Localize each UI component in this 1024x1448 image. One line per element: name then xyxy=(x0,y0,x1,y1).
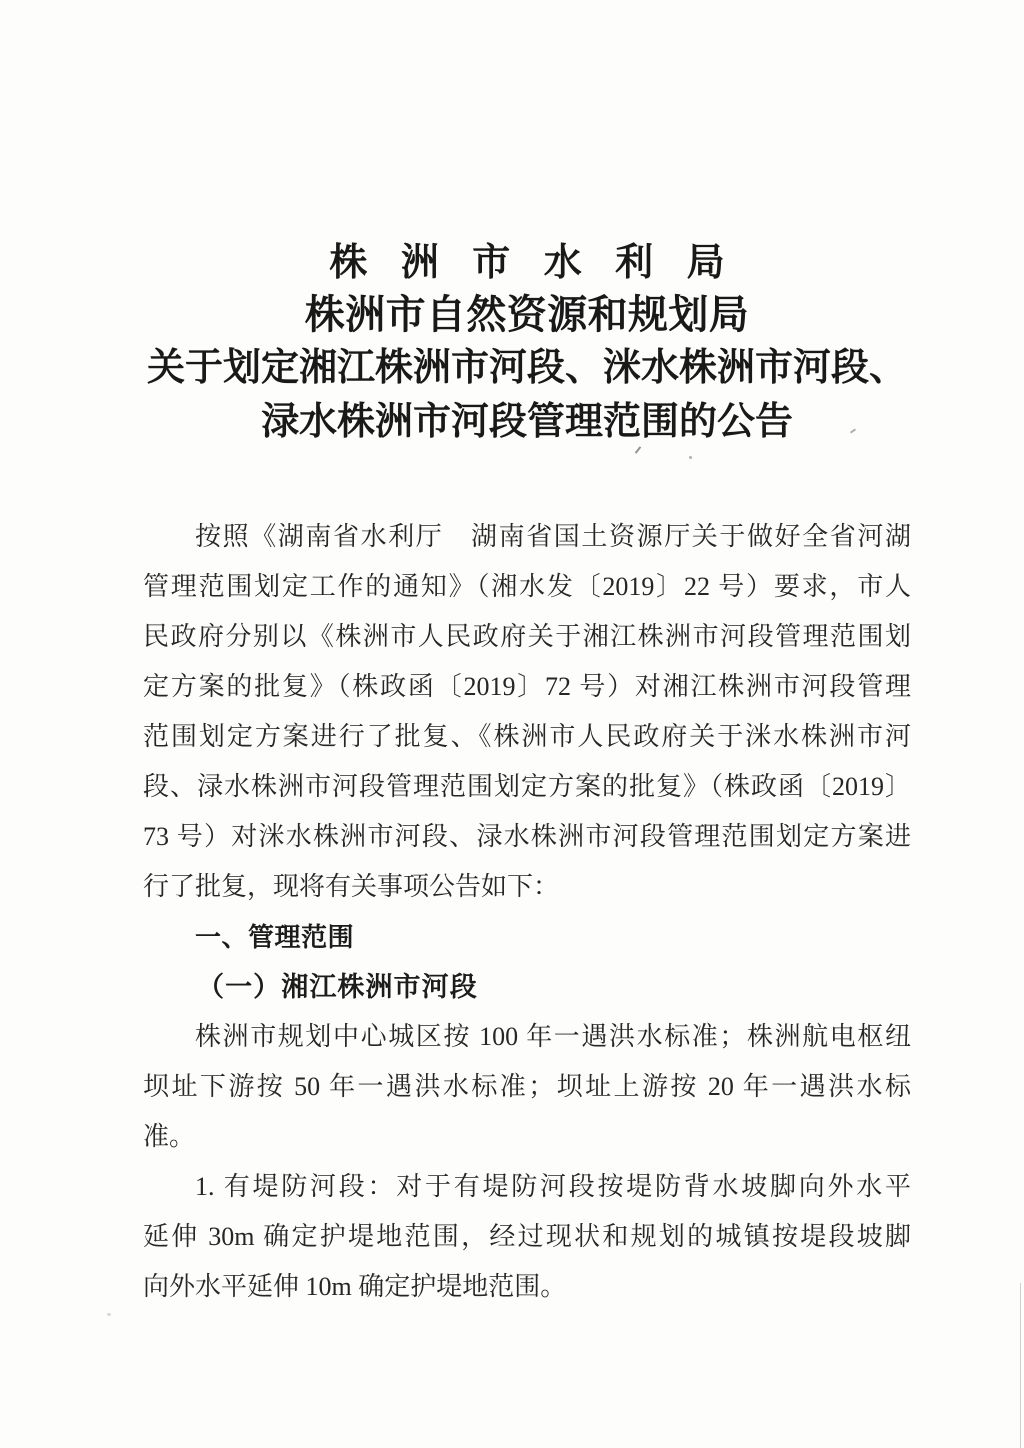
body-line: 坝址下游按 50 年一遇洪水标准；坝址上游按 20 年一遇洪水标 xyxy=(143,1062,911,1112)
body-line: 向外水平延伸 10m 确定护堤地范围。 xyxy=(143,1262,911,1312)
body-line: 定方案的批复》（株政函〔2019〕72 号）对湘江株洲市河段管理 xyxy=(143,662,911,712)
body-line: 1. 有堤防河段：对于有堤防河段按堤防背水坡脚向外水平 xyxy=(143,1162,911,1212)
document-body: 按照《湖南省水利厅 湖南省国土资源厅关于做好全省河湖 管理范围划定工作的通知》（… xyxy=(143,512,911,1312)
document-content: 株洲市水利局 株洲市自然资源和规划局 关于划定湘江株洲市河段、洣水株洲市河段、 … xyxy=(143,0,911,1448)
section-heading: 一、管理范围 xyxy=(143,912,911,962)
body-line: 按照《湖南省水利厅 湖南省国土资源厅关于做好全省河湖 xyxy=(143,512,911,562)
body-line: 段、渌水株洲市河段管理范围划定方案的批复》（株政函〔2019〕 xyxy=(143,762,911,812)
scan-speck xyxy=(689,456,692,459)
scanned-page: 株洲市水利局 株洲市自然资源和规划局 关于划定湘江株洲市河段、洣水株洲市河段、 … xyxy=(0,0,1024,1448)
document-title: 株洲市水利局 株洲市自然资源和规划局 关于划定湘江株洲市河段、洣水株洲市河段、 … xyxy=(143,237,911,449)
title-line-subject-2: 渌水株洲市河段管理范围的公告 xyxy=(143,395,911,449)
body-line: 延伸 30m 确定护堤地范围，经过现状和规划的城镇按堤段坡脚 xyxy=(143,1212,911,1262)
body-line: 范围划定方案进行了批复、《株洲市人民政府关于洣水株洲市河 xyxy=(143,712,911,762)
scan-edge-line xyxy=(1020,1283,1021,1448)
body-line: 民政府分别以《株洲市人民政府关于湘江株洲市河段管理范围划 xyxy=(143,612,911,662)
title-line-subject-1: 关于划定湘江株洲市河段、洣水株洲市河段、 xyxy=(143,341,911,395)
scan-speck xyxy=(107,1313,111,1316)
body-line: 株洲市规划中心城区按 100 年一遇洪水标准；株洲航电枢纽 xyxy=(143,1012,911,1062)
body-line: 行了批复，现将有关事项公告如下： xyxy=(143,862,911,912)
title-line-agency-1: 株洲市水利局 xyxy=(143,237,911,289)
subsection-heading: （一）湘江株洲市河段 xyxy=(143,962,911,1012)
body-line: 73 号）对洣水株洲市河段、渌水株洲市河段管理范围划定方案进 xyxy=(143,812,911,862)
body-line: 准。 xyxy=(143,1112,911,1162)
title-line-agency-2: 株洲市自然资源和规划局 xyxy=(143,289,911,341)
body-line: 管理范围划定工作的通知》（湘水发〔2019〕22 号）要求，市人 xyxy=(143,562,911,612)
title-agency-1-text: 株洲市水利局 xyxy=(329,237,758,289)
